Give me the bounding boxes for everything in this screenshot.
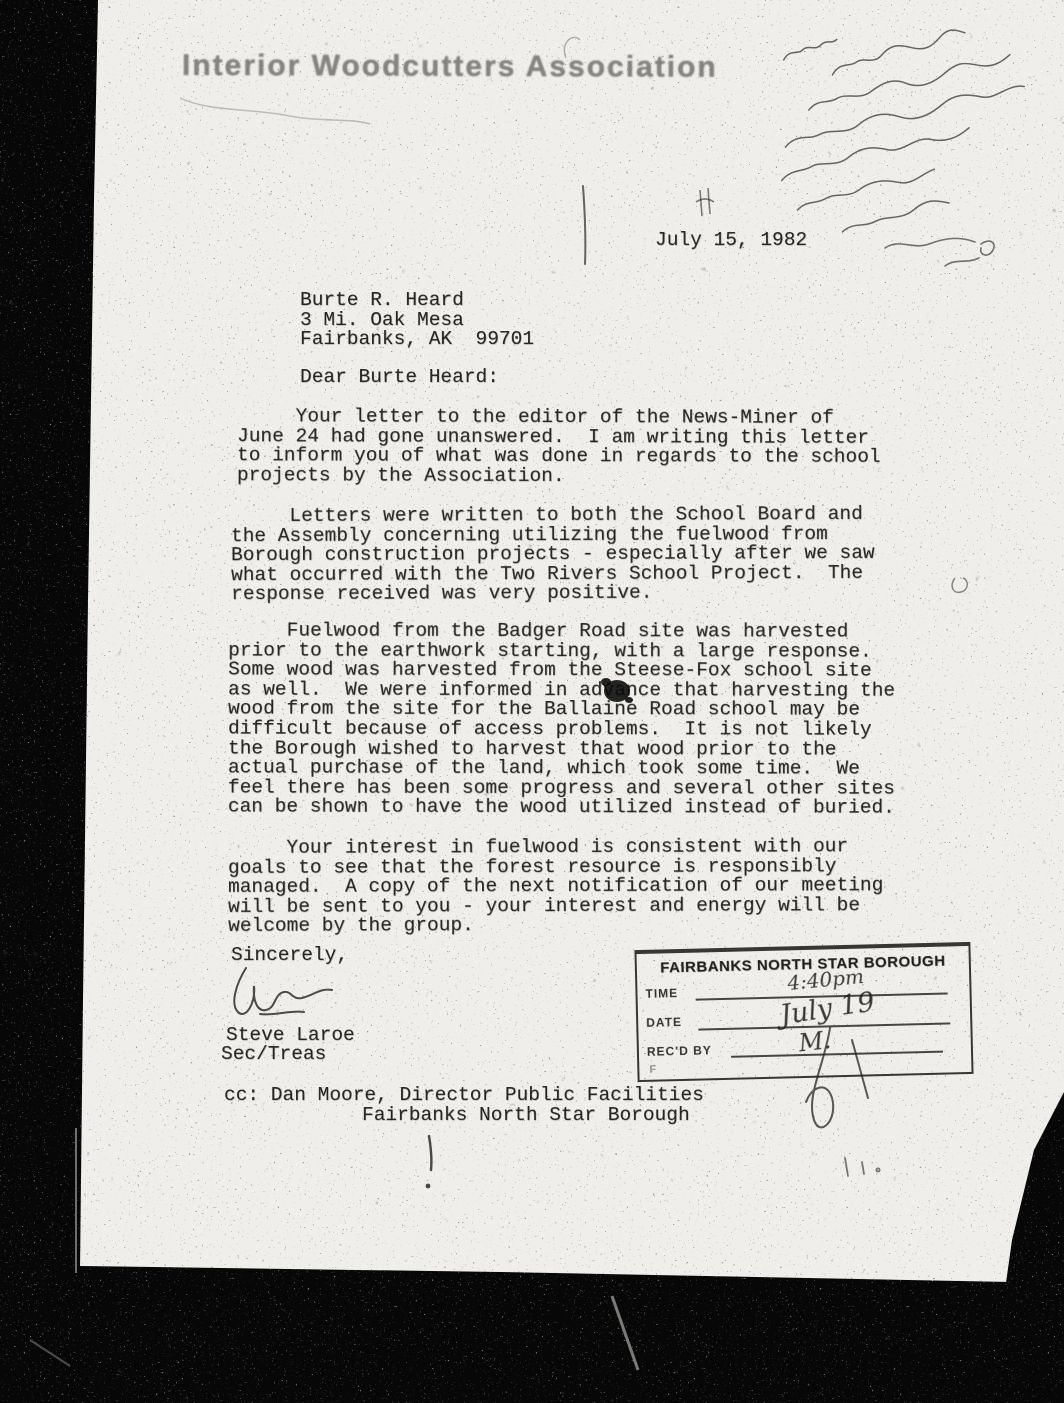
faint-pen-mark [564, 37, 580, 58]
coarse-speckle [0, 0, 1064, 1403]
scan-edge-bottom [0, 1266, 1064, 1403]
fine-speckle [0, 0, 1064, 1403]
salutation: Dear Burte Heard: [300, 368, 499, 388]
exclamation-pen-mark [426, 1136, 432, 1188]
cc-line-1: cc: Dan Moore, Director Public Facilitie… [224, 1086, 704, 1106]
stamp-date-label: DATE [646, 1015, 682, 1030]
scan-edges-layer [0, 0, 1064, 1403]
closing: Sincerely, [231, 946, 348, 966]
stray-pen-marks [845, 1158, 880, 1176]
stamp-date-line [698, 1022, 950, 1030]
body-paragraph-2: Letters were written to both the School … [231, 505, 875, 605]
stamp-partial-footer: F [649, 1064, 658, 1076]
stamp-time-line [696, 992, 948, 1000]
ink-blot [601, 678, 633, 703]
stamp-time-label: TIME [645, 986, 678, 1001]
body-paragraph-4: Your interest in fuelwood is consistent … [228, 837, 884, 937]
letter-date: July 15, 1982 [655, 231, 807, 251]
scanned-letter-page: Interior Woodcutters Association July 15… [0, 0, 1064, 1403]
squiggle-pen-mark [885, 238, 994, 266]
body-paragraph-3: Fuelwood from the Badger Road site was h… [228, 621, 895, 818]
handwritten-note-icon [757, 6, 1045, 241]
flourish-pen-mark [806, 1028, 868, 1127]
letterhead-title: Interior Woodcutters Association [182, 49, 822, 85]
noise-layer [0, 0, 1064, 1403]
pen-stroke-icon [583, 186, 585, 264]
scan-edge-right-corner [1005, 1092, 1064, 1300]
recipient-address: Burte R. Heard 3 Mi. Oak Mesa Fairbanks,… [300, 291, 534, 350]
dust-on-black [0, 0, 1064, 1403]
received-stamp: FAIRBANKS NORTH STAR BOROUGH TIME DATE R… [634, 942, 973, 1082]
cc-line-2: Fairbanks North Star Borough [362, 1106, 690, 1126]
faint-pen-mark [180, 98, 370, 124]
signature-scrawl-icon [234, 968, 332, 1014]
scan-edge-left [0, 0, 150, 1403]
stamp-recd-label: REC'D BY [647, 1043, 712, 1059]
signer-name: Steve Laroe [226, 1026, 355, 1046]
stamp-time-handwritten: 4:40pm [786, 964, 865, 995]
stamp-date-handwritten: July 19 [778, 987, 877, 1032]
stamp-recd-line [731, 1051, 943, 1058]
pen-marks-layer [0, 0, 1064, 1403]
signer-title: Sec/Treas [221, 1045, 326, 1065]
hash-pen-mark [696, 188, 714, 216]
small-pen-mark [952, 578, 967, 592]
body-paragraph-1: Your letter to the editor of the News-Mi… [237, 407, 881, 487]
stamp-org-name: FAIRBANKS NORTH STAR BOROUGH [637, 952, 969, 977]
stamp-recd-handwritten: M. [797, 1026, 832, 1057]
